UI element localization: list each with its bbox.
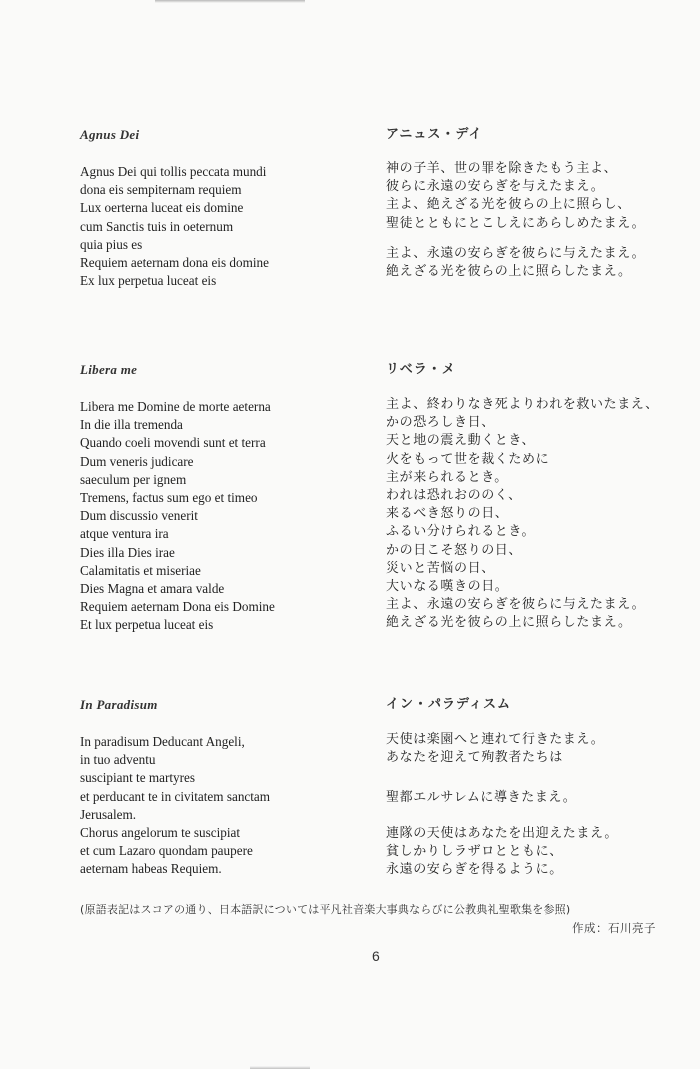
lyric-line: 大いなる嘆きの日。 [386,578,686,596]
japanese-lyrics: 神の子羊、世の罪を除きたもう主よ、 彼らに永遠の安らぎを与えたまえ。 主よ、絶え… [386,160,686,281]
lyric-line: saeculum per ignem [80,471,330,489]
author-credit: 作成：石川亮子 [572,920,656,936]
lyric-line: われは恐れおののく、 [386,487,686,505]
stanza-gap [386,808,686,825]
lyric-line: あなたを迎えて殉教者たちは [386,749,686,767]
lyric-line: Et lux perpetua luceat eis [80,616,330,634]
lyric-line: Dum discussio venerit [80,507,330,525]
latin-lyrics: Agnus Dei qui tollis peccata mundi dona … [80,163,330,290]
section-title-japanese: アニュス・デイ [386,126,686,144]
lyric-line: Ex lux perpetua luceat eis [80,272,330,290]
lyric-line: 主が来られるとき。 [386,469,686,487]
lyric-line: Calamitatis et miseriae [80,562,330,580]
japanese-lyrics: 天使は楽園へと連れて行きたまえ。 あなたを迎えて殉教者たちは 聖都エルサレムに導… [386,731,686,879]
lyric-line: Agnus Dei qui tollis peccata mundi [80,163,330,181]
lyric-line: Tremens, factus sum ego et timeo [80,489,330,507]
lyric-line: Requiem aeternam Dona eis Domine [80,598,330,616]
lyric-line: かの恐ろしき日、 [386,414,686,432]
lyric-line: ふるい分けられるとき。 [386,523,686,541]
lyric-line: Dies Magna et amara valde [80,580,330,598]
lyric-line: Chorus angelorum te suscipiat [80,824,330,842]
section-title-latin: Libera me [80,361,330,379]
page-edge-top [155,0,305,3]
latin-lyrics: Libera me Domine de morte aeterna In die… [80,398,330,634]
lyric-line: atque ventura ira [80,525,330,543]
stanza-gap [386,767,686,789]
lyric-line: 連隊の天使はあなたを出迎えたまえ。 [386,825,686,843]
agnus-dei-latin: Agnus Dei Agnus Dei qui tollis peccata m… [80,126,330,290]
lyric-line: 主よ、絶えざる光を彼らの上に照らし、 [386,196,686,214]
lyric-line: 主よ、永遠の安らぎを彼らに与えたまえ。 [386,245,686,263]
lyric-line: quia pius es [80,236,330,254]
lyric-line: Requiem aeternam dona eis domine [80,254,330,272]
lyric-line: in tuo adventu [80,751,330,769]
lyric-line: In die illa tremenda [80,416,330,434]
lyric-line: かの日こそ怒りの日、 [386,542,686,560]
lyric-line: Lux oerterna luceat eis domine [80,199,330,217]
lyric-line: 聖都エルサレムに導きたまえ。 [386,789,686,807]
lyric-line: et perducant te in civitatem sanctam [80,788,330,806]
lyric-line: 災いと苦悩の日、 [386,560,686,578]
stanza-gap [386,233,686,245]
lyric-line: 天使は楽園へと連れて行きたまえ。 [386,731,686,749]
libera-me-latin: Libera me Libera me Domine de morte aete… [80,361,330,634]
lyric-line: 彼らに永遠の安らぎを与えたまえ。 [386,178,686,196]
section-title-japanese: イン・パラディスム [386,696,686,714]
in-paradisum-latin: In Paradisum In paradisum Deducant Angel… [80,696,330,879]
lyric-line: Dum veneris judicare [80,453,330,471]
lyric-line: Dies illa Dies irae [80,544,330,562]
lyric-line: Libera me Domine de morte aeterna [80,398,330,416]
lyric-line: Jerusalem. [80,806,330,824]
lyric-line: 主よ、終わりなき死よりわれを救いたまえ、 [386,396,686,414]
japanese-lyrics: 主よ、終わりなき死よりわれを救いたまえ、 かの恐ろしき日、 天と地の震え動くとき… [386,396,686,632]
lyric-line: et cum Lazaro quondam paupere [80,842,330,860]
lyric-line: 聖徒とともにとこしえにあらしめたまえ。 [386,215,686,233]
lyric-line: 絶えざる光を彼らの上に照らしたまえ。 [386,263,686,281]
lyric-line: In paradisum Deducant Angeli, [80,733,330,751]
libera-me-japanese: リベラ・メ 主よ、終わりなき死よりわれを救いたまえ、 かの恐ろしき日、 天と地の… [386,361,686,632]
lyric-line: 絶えざる光を彼らの上に照らしたまえ。 [386,614,686,632]
lyric-line: 主よ、永遠の安らぎを彼らに与えたまえ。 [386,596,686,614]
lyric-line: dona eis sempiternam requiem [80,181,330,199]
section-title-japanese: リベラ・メ [386,361,686,379]
in-paradisum-japanese: イン・パラディスム 天使は楽園へと連れて行きたまえ。 あなたを迎えて殉教者たちは… [386,696,686,879]
latin-lyrics: In paradisum Deducant Angeli, in tuo adv… [80,733,330,879]
agnus-dei-japanese: アニュス・デイ 神の子羊、世の罪を除きたもう主よ、 彼らに永遠の安らぎを与えたま… [386,126,686,281]
lyric-line: 天と地の震え動くとき、 [386,432,686,450]
lyric-line: 永遠の安らぎを得るように。 [386,861,686,879]
lyric-line: suscipiant te martyres [80,769,330,787]
lyric-line: 貧しかりしラザロとともに、 [386,843,686,861]
lyric-line: aeternam habeas Requiem. [80,860,330,878]
lyric-line: cum Sanctis tuis in oeternum [80,218,330,236]
source-note: (原語表記はスコアの通り、日本語訳については平凡社音楽大事典ならびに公教典礼聖歌… [80,901,680,917]
section-title-latin: In Paradisum [80,696,330,714]
lyric-line: 火をもって世を裁くために [386,451,686,469]
section-title-latin: Agnus Dei [80,126,330,144]
page-number: 6 [372,948,380,964]
lyric-line: Quando coeli movendi sunt et terra [80,434,330,452]
lyric-line: 来るべき怒りの日、 [386,505,686,523]
lyric-line: 神の子羊、世の罪を除きたもう主よ、 [386,160,686,178]
